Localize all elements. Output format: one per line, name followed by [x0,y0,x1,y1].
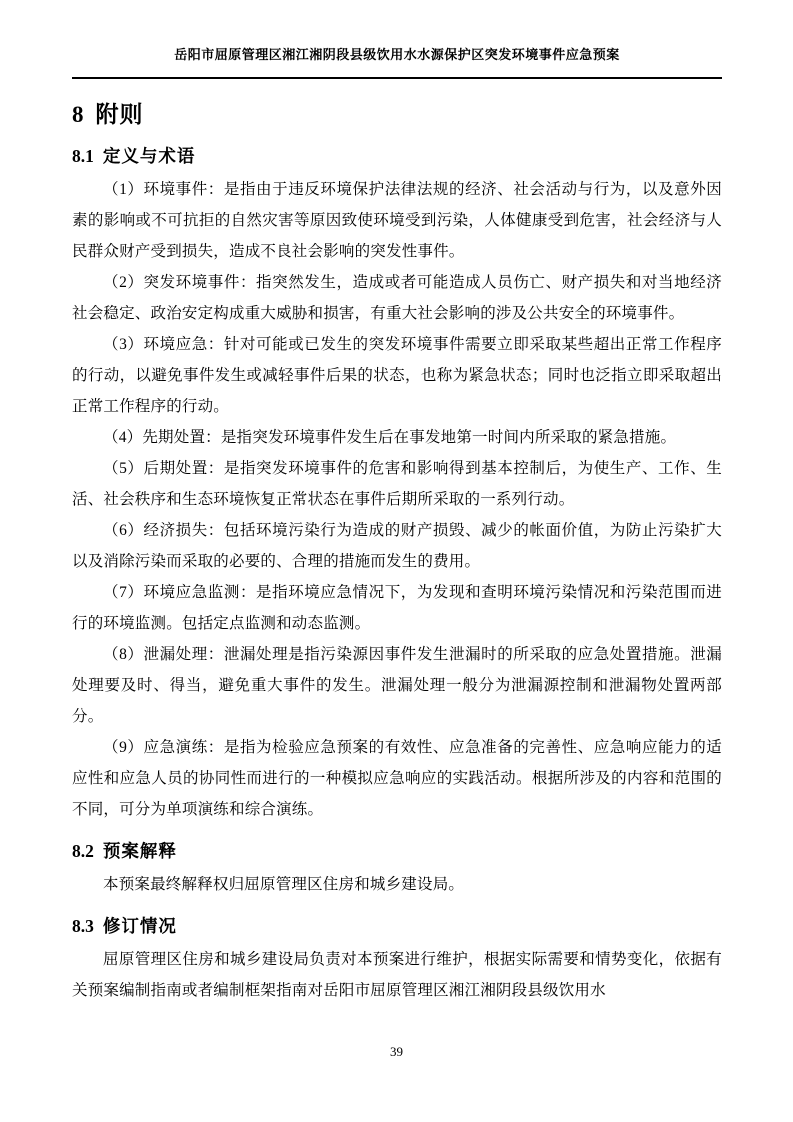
definition-paragraph-5: （5）后期处置：是指突发环境事件的危害和影响得到基本控制后，为使生产、工作、生活… [72,453,722,515]
section-heading-8-2: 8.2预案解释 [72,839,722,863]
document-page: 岳阳市屈原管理区湘江湘阴段县级饮用水水源保护区突发环境事件应急预案 8附则 8.… [0,0,793,1122]
definition-paragraph-1: （1）环境事件：是指由于违反环境保护法律法规的经济、社会活动与行为，以及意外因素… [72,174,722,267]
definition-paragraph-4: （4）先期处置：是指突发环境事件发生后在事发地第一时间内所采取的紧急措施。 [72,422,722,453]
section-heading-8-1: 8.1定义与术语 [72,144,722,168]
section-title: 定义与术语 [103,146,196,166]
section-heading-8-3: 8.3修订情况 [72,914,722,938]
definition-paragraph-9: （9）应急演练：是指为检验应急预案的有效性、应急准备的完善性、应急响应能力的适应… [72,732,722,825]
page-number: 39 [0,1044,793,1060]
section-8-3-paragraph: 屈原管理区住房和城乡建设局负责对本预案进行维护，根据实际需要和情势变化，依据有关… [72,944,722,1006]
section-number: 8.1 [72,146,94,166]
definition-paragraph-6: （6）经济损失：包括环境污染行为造成的财产损毁、减少的帐面价值，为防止污染扩大以… [72,515,722,577]
running-header-title: 岳阳市屈原管理区湘江湘阴段县级饮用水水源保护区突发环境事件应急预案 [174,47,620,62]
definition-paragraph-3: （3）环境应急：针对可能或已发生的突发环境事件需要立即采取某些超出正常工作程序的… [72,329,722,422]
chapter-title: 附则 [96,101,144,127]
section-title: 预案解释 [103,841,177,861]
section-8-2-paragraph: 本预案最终解释权归屈原管理区住房和城乡建设局。 [72,869,722,900]
section-number: 8.2 [72,841,94,861]
section-title: 修订情况 [103,916,177,936]
definition-paragraph-2: （2）突发环境事件：指突然发生，造成或者可能造成人员伤亡、财产损失和对当地经济社… [72,267,722,329]
definition-paragraph-8: （8）泄漏处理：泄漏处理是指污染源因事件发生泄漏时的所采取的应急处置措施。泄漏处… [72,639,722,732]
section-number: 8.3 [72,916,94,936]
running-header: 岳阳市屈原管理区湘江湘阴段县级饮用水水源保护区突发环境事件应急预案 [72,46,722,79]
chapter-number: 8 [72,102,84,127]
definition-paragraph-7: （7）环境应急监测：是指环境应急情况下，为发现和查明环境污染情况和污染范围而进行… [72,577,722,639]
chapter-heading: 8附则 [72,99,722,130]
